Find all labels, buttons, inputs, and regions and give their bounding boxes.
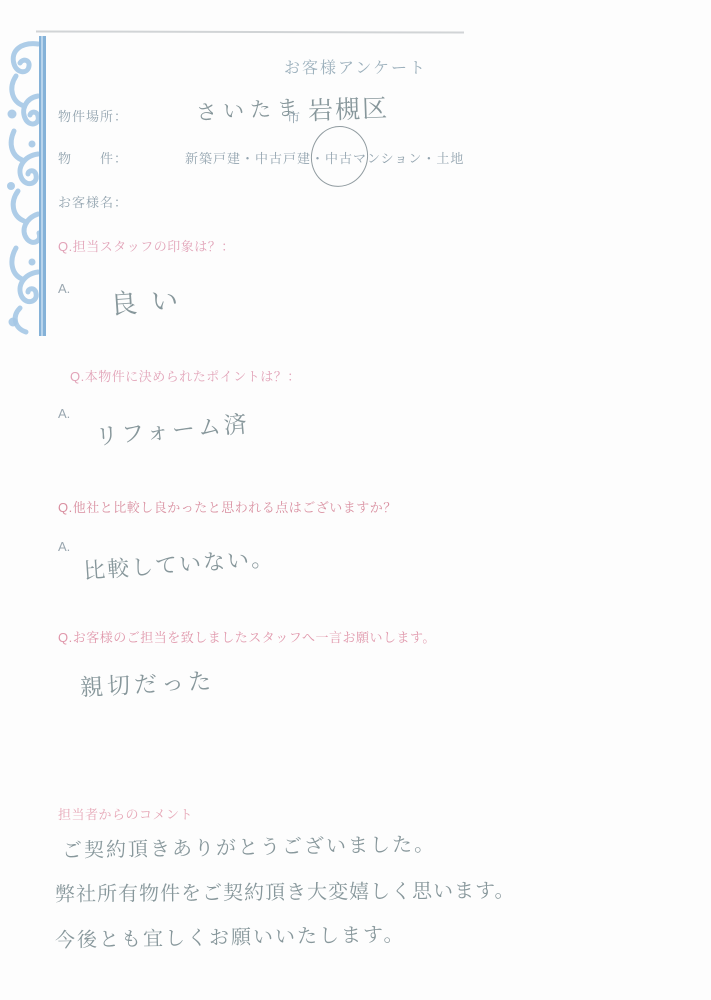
answer-label-1: A. — [58, 281, 70, 296]
staff-comment-line-2: 弊社所有物件をご契約頂き大変嬉しく思います。 — [55, 874, 516, 907]
handwritten-answer-4: 親切だった — [79, 662, 216, 702]
handwritten-circle-annotation — [307, 123, 371, 190]
page-title: お客様アンケート — [0, 55, 711, 78]
printed-city-suffix: 市 — [287, 107, 301, 126]
field-label-property-location: 物件場所： — [58, 106, 128, 125]
scan-artifact-line — [36, 30, 464, 33]
field-label-customer-name: お客様名： — [58, 192, 128, 211]
handwritten-answer-2: リフォーム済 — [94, 405, 251, 451]
floral-border-decoration — [2, 36, 60, 336]
answer-label-3: A. — [58, 539, 70, 554]
handwritten-answer-1: 良い — [109, 277, 194, 322]
handwritten-ward: 岩槻区 — [307, 89, 389, 128]
survey-document: お客様アンケート 物件場所： さいたま 市 岩槻区 物 件： 新築戸建・中古戸建… — [0, 0, 711, 1000]
question-3: Q.他社と比較し良かったと思われる点はございますか？ — [58, 497, 397, 516]
staff-comment-header: 担当者からのコメント — [58, 804, 193, 823]
answer-label-2: A. — [58, 406, 70, 421]
field-label-property-type: 物 件： — [58, 148, 128, 167]
handwritten-answer-3: 比較していない。 — [82, 541, 276, 585]
staff-comment-line-3: 今後とも宜しくお願いいたします。 — [55, 918, 406, 953]
question-1: Q.担当スタッフの印象は？： — [58, 236, 235, 255]
question-4: Q.お客様のご担当を致しましたスタッフへ一言お願いします。 — [58, 627, 436, 646]
question-2: Q.本物件に決められたポイントは？： — [70, 366, 301, 385]
staff-comment-line-1: ご契約頂きありがとうございました。 — [62, 828, 436, 864]
